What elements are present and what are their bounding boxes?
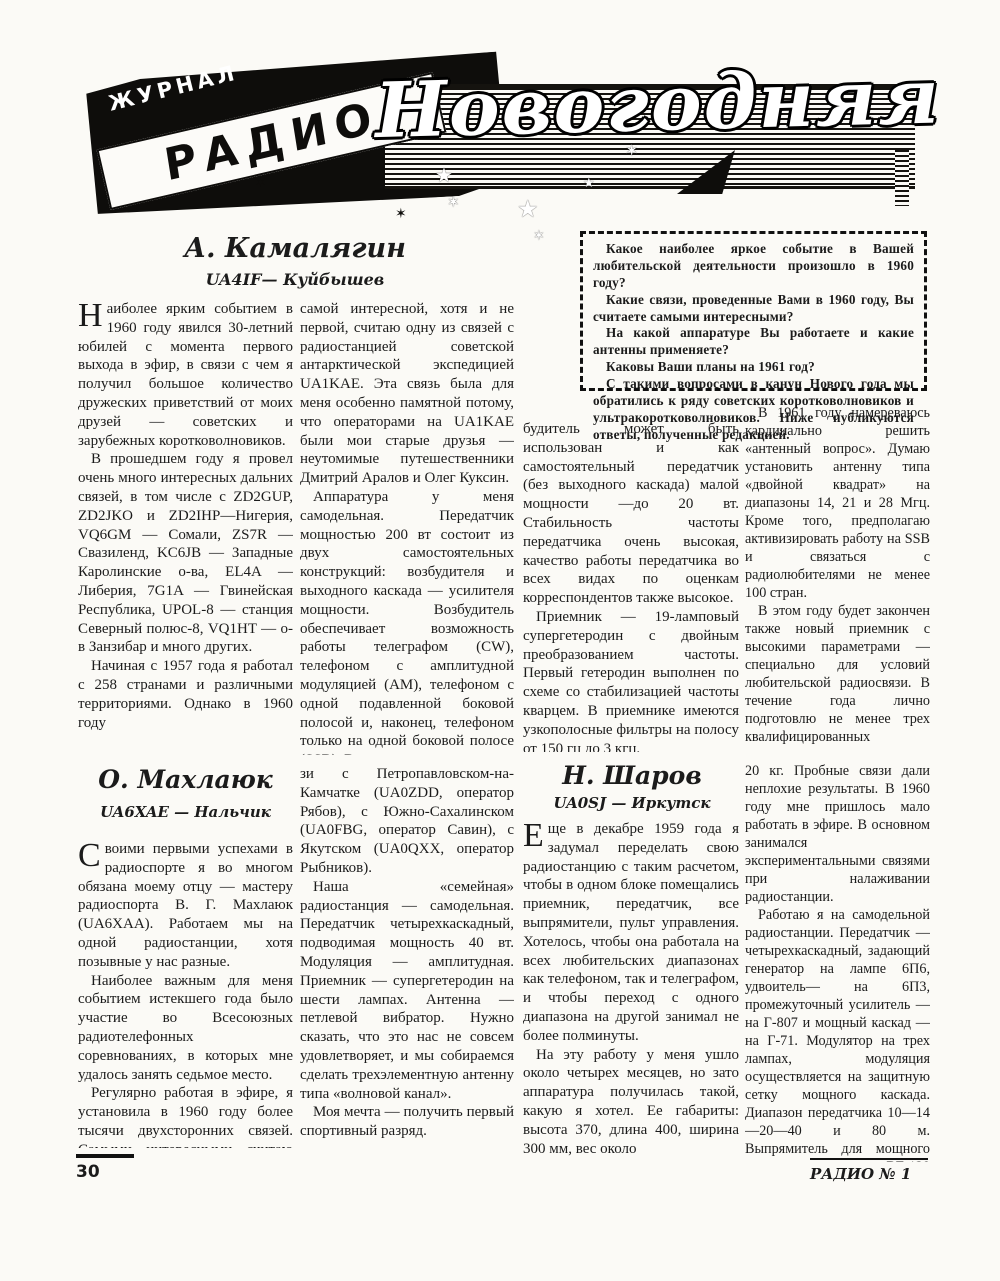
masthead: ЖУРНАЛ РАДИО Новогодняя ★ ✶ ★ ✶ ✶ ★ ✶ ✶ <box>85 58 925 223</box>
article-header-sharov: Н. Шаров UA0SJ — Иркутск <box>523 762 741 812</box>
star-icon: ★ <box>583 176 595 189</box>
star-icon: ✶ <box>447 196 460 211</box>
page-number: 30 <box>76 1162 100 1182</box>
footer-page-number-block: 30 <box>76 1154 146 1182</box>
star-icon: ✶ <box>533 230 545 244</box>
author-name-sharov: Н. Шаров <box>523 762 741 790</box>
footer-issue-block: РАДИО № 1 <box>810 1158 930 1184</box>
magazine-page: ЖУРНАЛ РАДИО Новогодняя ★ ✶ ★ ✶ ✶ ★ ✶ ✶ … <box>0 0 1000 1281</box>
kamalyagin-column-3: будитель может быть использован и как са… <box>523 420 739 752</box>
author-name-kamalyagin: А. Камалягин <box>80 234 510 264</box>
star-icon: ★ <box>435 166 453 186</box>
kamalyagin-column-2: самой интересной, хотя и не первой, счит… <box>300 300 514 755</box>
star-icon: ✶ <box>625 144 638 160</box>
star-icon: ✶ <box>395 208 407 222</box>
sharov-column-2: 20 кг. Пробные связи дали неплохие резул… <box>745 762 930 1162</box>
article-header-kamalyagin: А. Камалягин UA4IF— Куйбышев <box>80 234 510 289</box>
sharov-column-1: Еще в декабре 1959 года я задумал переде… <box>523 820 739 1158</box>
kamalyagin-column-4: В 1961 году намереваюсь кардинально реши… <box>745 404 930 752</box>
kamalyagin-column-1: Наиболее ярким событием в 1960 году явил… <box>78 300 293 752</box>
script-title: Новогодняя <box>374 59 921 149</box>
callsign-kamalyagin: UA4IF— Куйбышев <box>80 270 510 289</box>
makhlayuk-column-2: зи с Петропавловском-на-Камчатке (UA0ZDD… <box>300 765 514 1163</box>
footer-rule-left <box>76 1154 134 1158</box>
callsign-makhlayuk: UA6XAE — Нальчик <box>78 803 293 821</box>
author-name-makhlayuk: О. Махлаюк <box>78 766 293 794</box>
callsign-sharov: UA0SJ — Иркутск <box>523 794 741 812</box>
question-box: Какое наиболее яркое событие в Вашей люб… <box>580 231 927 391</box>
masthead-corner-hatch <box>895 150 909 206</box>
footer-rule-right <box>810 1158 928 1160</box>
star-icon: ✶ <box>255 176 266 189</box>
journal-issue-label: РАДИО № 1 <box>810 1165 911 1183</box>
star-icon: ★ <box>517 198 539 222</box>
makhlayuk-column-1: Своими первыми успехами в радиоспорте я … <box>78 840 293 1148</box>
article-header-makhlayuk: О. Махлаюк UA6XAE — Нальчик <box>78 766 293 821</box>
